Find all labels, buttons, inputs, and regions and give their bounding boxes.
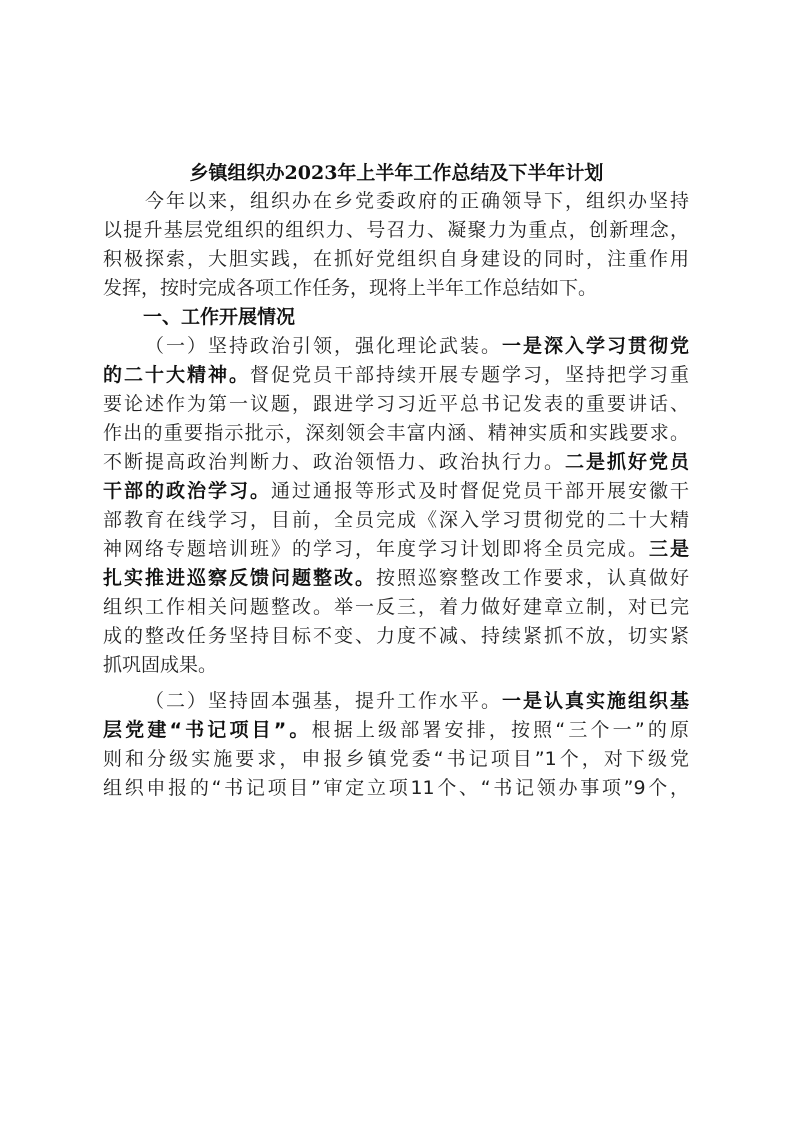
part1-line-11: 成的整改任务坚持目标不变、力度不减、持续紧抓不放，切实紧: [103, 621, 689, 651]
part1-line-6: 干部的政治学习。通过通报等形式及时督促党员干部开展安徽干: [103, 476, 689, 506]
part1-line-12: 抓巩固成果。: [103, 650, 689, 680]
part1-point-1-title: 一是深入学习贯彻党: [502, 335, 689, 357]
part1-text: 通过通报等形式及时督促党员干部开展安徽干: [271, 480, 689, 502]
part2-point-1-title: 一是认真实施组织基: [502, 690, 689, 712]
part1-point-2-title-cont: 干部的政治学习。: [103, 480, 271, 502]
part1-point-2-title: 二是抓好党员: [565, 451, 689, 473]
part1-line-3: 要论述作为第一议题，跟进学习习近平总书记发表的重要讲话、: [103, 389, 689, 419]
intro-line-2: 以提升基层党组织的组织力、号召力、凝聚力为重点，创新理念，: [103, 215, 689, 245]
part1-text: 按照巡察整改工作要求，认真做好: [376, 567, 689, 589]
part1-line-4: 作出的重要指示批示，深刻领会丰富内涵、精神实质和实践要求。: [103, 418, 689, 448]
part1-point-3-title-cont: 扎实推进巡察反馈问题整改。: [103, 567, 376, 589]
part1-point-3-title: 三是: [649, 538, 689, 560]
part1-line-9: 扎实推进巡察反馈问题整改。按照巡察整改工作要求，认真做好: [103, 563, 689, 593]
intro-line-4: 发挥，按时完成各项工作任务，现将上半年工作总结如下。: [103, 273, 689, 303]
part1-line-2: 的二十大精神。督促党员干部持续开展专题学习，坚持把学习重: [103, 360, 689, 390]
part1-text: 神网络专题培训班》的学习，年度学习计划即将全员完成。: [103, 538, 649, 560]
intro-line-3: 积极探索，大胆实践，在抓好党组织自身建设的同时，注重作用: [103, 244, 689, 274]
part1-line-7: 部教育在线学习，目前，全员完成《深入学习贯彻党的二十大精: [103, 505, 689, 535]
part2-subheading: （二）坚持固本强基，提升工作水平。: [145, 690, 502, 712]
part2-line-2: 层党建“书记项目”。根据上级部署安排，按照“三个一”的原: [103, 715, 689, 745]
part2-line-1: （二）坚持固本强基，提升工作水平。一是认真实施组织基: [145, 686, 689, 716]
part1-line-1: （一）坚持政治引领，强化理论武装。一是深入学习贯彻党: [145, 331, 689, 361]
part2-line-4: 组织申报的“书记项目”审定立项11个、“书记领办事项”9个，: [103, 773, 689, 803]
part1-line-5: 不断提高政治判断力、政治领悟力、政治执行力。二是抓好党员: [103, 447, 689, 477]
part1-text: 督促党员干部持续开展专题学习，坚持把学习重: [250, 364, 689, 386]
part1-line-8: 神网络专题培训班》的学习，年度学习计划即将全员完成。三是: [103, 534, 689, 564]
part1-text: 不断提高政治判断力、政治领悟力、政治执行力。: [103, 451, 565, 473]
document-title: 乡镇组织办2023年上半年工作总结及下半年计划: [100, 158, 693, 188]
part2-line-3: 则和分级实施要求，申报乡镇党委“书记项目”1个，对下级党: [103, 744, 689, 774]
part1-subheading: （一）坚持政治引领，强化理论武装。: [145, 335, 502, 357]
section-heading-1: 一、工作开展情况: [143, 302, 729, 332]
document-page: 乡镇组织办2023年上半年工作总结及下半年计划 今年以来，组织办在乡党委政府的正…: [0, 0, 793, 1122]
part2-point-1-title-cont: 层党建“书记项目”。: [103, 719, 312, 741]
part1-point-1-title-cont: 的二十大精神。: [103, 364, 250, 386]
part1-line-10: 组织工作相关问题整改。举一反三，着力做好建章立制，对已完: [103, 592, 689, 622]
part2-text: 根据上级部署安排，按照“三个一”的原: [312, 719, 689, 741]
intro-line-1: 今年以来，组织办在乡党委政府的正确领导下，组织办坚持: [145, 186, 689, 216]
